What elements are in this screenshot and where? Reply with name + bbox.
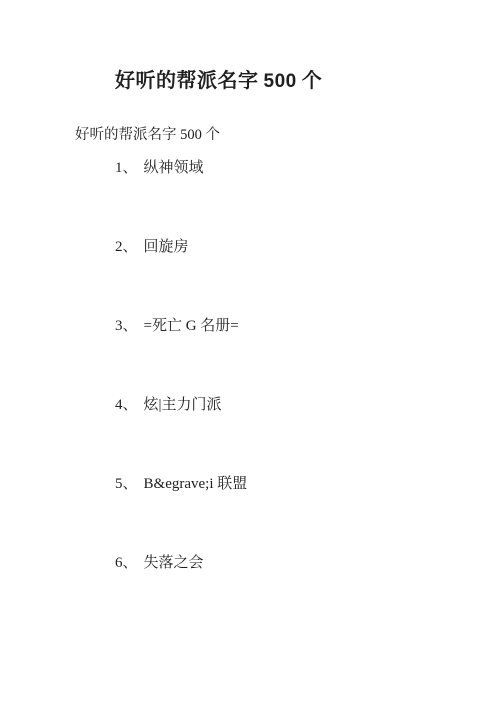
list-item-name: 失落之会 xyxy=(144,555,204,571)
list-item-name: =死亡 G 名册= xyxy=(144,318,239,334)
list-item: 6、失落之会 xyxy=(0,554,500,573)
document-page: 好听的帮派名字500个 好听的帮派名字 500 个 1、纵神领域 2、回旋房 3… xyxy=(0,0,500,707)
list-item: 1、纵神领域 xyxy=(0,159,500,178)
page-title: 好听的帮派名字500个 xyxy=(0,0,500,95)
list-item-number: 2、 xyxy=(115,238,138,257)
list-item-number: 5、 xyxy=(115,475,138,494)
list-item-number: 6、 xyxy=(115,554,138,573)
list-item-name: B&egrave;i 联盟 xyxy=(144,476,248,492)
list-item-name: 回旋房 xyxy=(144,239,189,255)
list-item-name: 纵神领域 xyxy=(144,160,204,176)
list-item: 2、回旋房 xyxy=(0,238,500,257)
list-item-number: 4、 xyxy=(115,396,138,415)
gang-name-list: 1、纵神领域 2、回旋房 3、=死亡 G 名册= 4、炫|主力门派 5、B&eg… xyxy=(0,159,500,573)
list-item-number: 1、 xyxy=(115,159,138,178)
page-title-suffix: 个 xyxy=(302,70,323,92)
page-title-count: 500 xyxy=(264,71,297,92)
list-item-name: 炫|主力门派 xyxy=(144,397,222,413)
list-item: 4、炫|主力门派 xyxy=(0,396,500,415)
page-title-prefix: 好听的帮派名字 xyxy=(115,70,259,92)
list-item: 3、=死亡 G 名册= xyxy=(0,317,500,336)
list-item-number: 3、 xyxy=(115,317,138,336)
list-item: 5、B&egrave;i 联盟 xyxy=(0,475,500,494)
subtitle: 好听的帮派名字 500 个 xyxy=(0,126,500,145)
